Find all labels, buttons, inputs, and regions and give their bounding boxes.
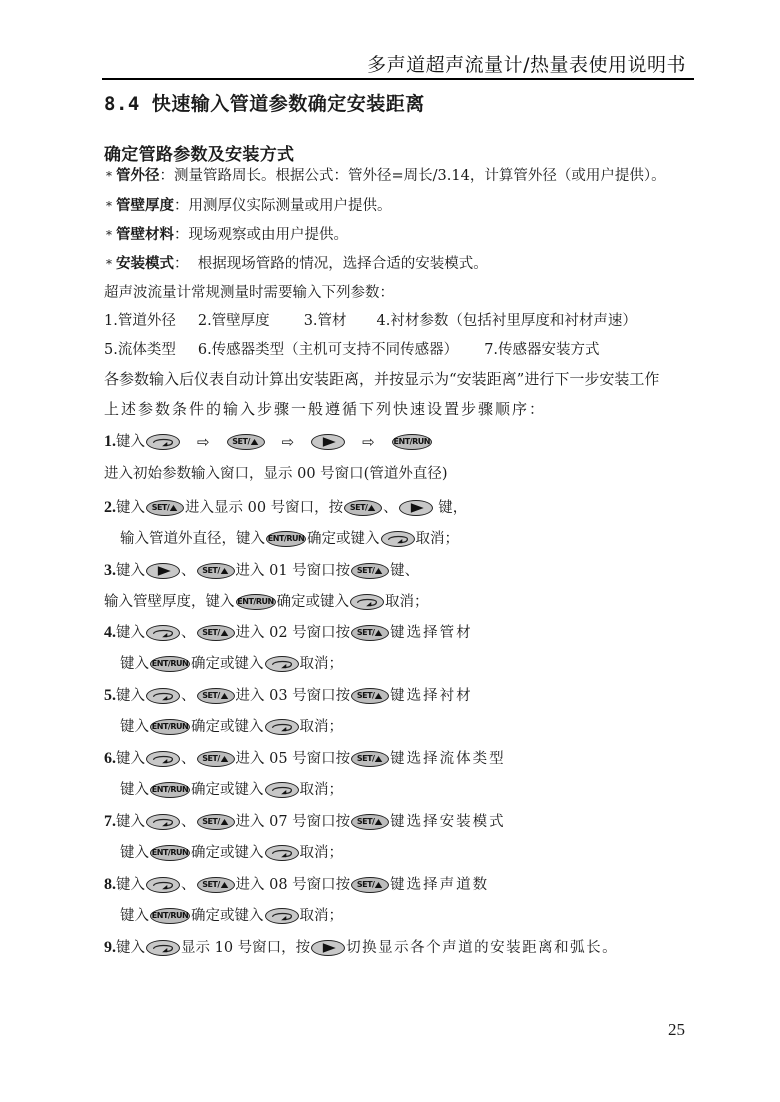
menu-key-icon [381, 531, 415, 547]
step-3-cont: 输入管壁厚度，键入 ENT/RUN 确定或键入 取消； [104, 592, 429, 612]
menu-key-icon [146, 751, 180, 767]
step-6: 6. 键入 、 SET/ 进入 05 号窗口按 SET/ 键选择流体类型 [104, 749, 506, 769]
set-up-key-icon: SET/ [351, 877, 389, 893]
right-key-icon [311, 940, 345, 956]
set-up-key-icon: SET/ [351, 688, 389, 704]
param-item: 7.传感器安装方式 [484, 340, 599, 360]
step-5-cont: 键入 ENT/RUN 确定或键入 取消； [120, 717, 343, 737]
menu-key-icon [350, 594, 384, 610]
set-up-key-icon: SET/ [351, 751, 389, 767]
menu-key-icon [146, 814, 180, 830]
flow-arrow-icon: ⇨ [197, 432, 210, 452]
params-row-2: 5.流体类型 6.传感器类型（主机可支持不同传感器） 7.传感器安装方式 [104, 340, 600, 360]
set-up-key-icon: SET/ [197, 688, 235, 704]
step-2-cont: 输入管道外直径，键入 ENT/RUN 确定或键入 取消； [120, 529, 459, 549]
menu-key-icon [146, 434, 180, 450]
definition-term: 安装模式 [116, 254, 174, 274]
ent-run-key-icon: ENT/RUN [150, 719, 190, 735]
definition-outer-diameter: * 管外径 ： 测量管路周长。根据公式：管外径=周长/3.14，计算管外径（或用… [106, 166, 666, 186]
definition-term: 管壁厚度 [116, 196, 174, 216]
step-5: 5. 键入 、 SET/ 进入 03 号窗口按 SET/ 键选择衬材 [104, 686, 473, 706]
set-up-key-icon: SET/ [197, 751, 235, 767]
menu-key-icon [146, 625, 180, 641]
param-item: 4.衬材参数（包括衬里厚度和衬材声速） [377, 311, 637, 331]
right-key-icon [311, 434, 345, 450]
ent-run-key-icon: ENT/RUN [236, 594, 276, 610]
step-7: 7. 键入 、 SET/ 进入 07 号窗口按 SET/ 键选择安装模式 [104, 812, 506, 832]
menu-key-icon [265, 782, 299, 798]
ent-run-key-icon: ENT/RUN [150, 845, 190, 861]
set-up-key-icon: SET/ [146, 500, 184, 516]
set-up-key-icon: SET/ [197, 563, 235, 579]
step-8: 8. 键入 、 SET/ 进入 08 号窗口按 SET/ 键选择声道数 [104, 875, 489, 895]
set-up-key-icon: SET/ [227, 434, 265, 450]
set-up-key-icon: SET/ [351, 563, 389, 579]
step-4: 4. 键入 、 SET/ 进入 02 号窗口按 SET/ 键选择管材 [104, 623, 473, 643]
step-1-desc: 进入初始参数输入窗口，显示 00 号窗口(管道外直径) [104, 464, 447, 484]
set-up-key-icon: SET/ [197, 877, 235, 893]
menu-key-icon [146, 940, 180, 956]
menu-key-icon [146, 877, 180, 893]
menu-key-icon [265, 656, 299, 672]
step-1: 1. 键入 ⇨ SET/ ⇨ ⇨ ENT/RUN [104, 432, 433, 452]
ent-run-key-icon: ENT/RUN [392, 434, 432, 450]
steps-intro: 上述参数条件的输入步骤一般遵循下列快速设置步骤顺序： [104, 399, 546, 419]
set-up-key-icon: SET/ [197, 814, 235, 830]
step-2: 2. 键入 SET/ 进入显示 00 号窗口，按 SET/ 、 键， [104, 498, 467, 518]
param-item: 3.管材 [304, 311, 347, 331]
params-intro: 超声波流量计常规测量时需要输入下列参数： [104, 283, 394, 303]
param-item: 2.管壁厚度 [198, 311, 270, 331]
set-up-key-icon: SET/ [344, 500, 382, 516]
ent-run-key-icon: ENT/RUN [150, 656, 190, 672]
auto-calc-note: 各参数输入后仪表自动计算出安装距离，并按显示为“安装距离”进行下一步安装工作 [104, 369, 659, 389]
right-key-icon [146, 563, 180, 579]
step-6-cont: 键入 ENT/RUN 确定或键入 取消； [120, 780, 343, 800]
set-up-key-icon: SET/ [197, 625, 235, 641]
definition-term: 管壁材料 [116, 225, 174, 245]
menu-key-icon [146, 688, 180, 704]
step-3: 3. 键入 、 SET/ 进入 01 号窗口按 SET/ 键、 [104, 561, 419, 581]
params-row-1: 1.管道外径 2.管壁厚度 3.管材 4.衬材参数（包括衬里厚度和衬材声速） [104, 311, 637, 331]
flow-arrow-icon: ⇨ [362, 432, 375, 452]
step-9: 9. 键入 显示 10 号窗口，按 切换显示各个声道的安装距离和弧长。 [104, 938, 618, 958]
definition-wall-material: * 管壁材料 ： 现场观察或由用户提供。 [106, 225, 348, 245]
definition-install-mode: * 安装模式 ： 根据现场管路的情况，选择合适的安装模式。 [106, 254, 488, 274]
menu-key-icon [265, 845, 299, 861]
right-key-icon [399, 500, 433, 516]
menu-key-icon [265, 908, 299, 924]
param-item: 6.传感器类型（主机可支持不同传感器） [198, 340, 458, 360]
ent-run-key-icon: ENT/RUN [150, 908, 190, 924]
step-7-cont: 键入 ENT/RUN 确定或键入 取消； [120, 843, 343, 863]
page-header: 多声道超声流量计/热量表使用说明书 [102, 48, 694, 80]
set-up-key-icon: SET/ [351, 625, 389, 641]
definition-term: 管外径 [116, 166, 160, 186]
menu-key-icon [265, 719, 299, 735]
header-title: 多声道超声流量计/热量表使用说明书 [367, 50, 686, 77]
subsection-title: 确定管路参数及安装方式 [104, 140, 294, 165]
page-number: 25 [668, 1020, 685, 1040]
param-item: 1.管道外径 [104, 311, 176, 331]
ent-run-key-icon: ENT/RUN [266, 531, 306, 547]
param-item: 5.流体类型 [104, 340, 176, 360]
ent-run-key-icon: ENT/RUN [150, 782, 190, 798]
step-4-cont: 键入 ENT/RUN 确定或键入 取消； [120, 654, 343, 674]
set-up-key-icon: SET/ [351, 814, 389, 830]
section-title: 8.4 快速输入管道参数确定安装距离 [104, 88, 425, 120]
flow-arrow-icon: ⇨ [282, 432, 295, 452]
definition-wall-thickness: * 管壁厚度 ： 用测厚仪实际测量或用户提供。 [106, 196, 392, 216]
step-8-cont: 键入 ENT/RUN 确定或键入 取消； [120, 906, 343, 926]
